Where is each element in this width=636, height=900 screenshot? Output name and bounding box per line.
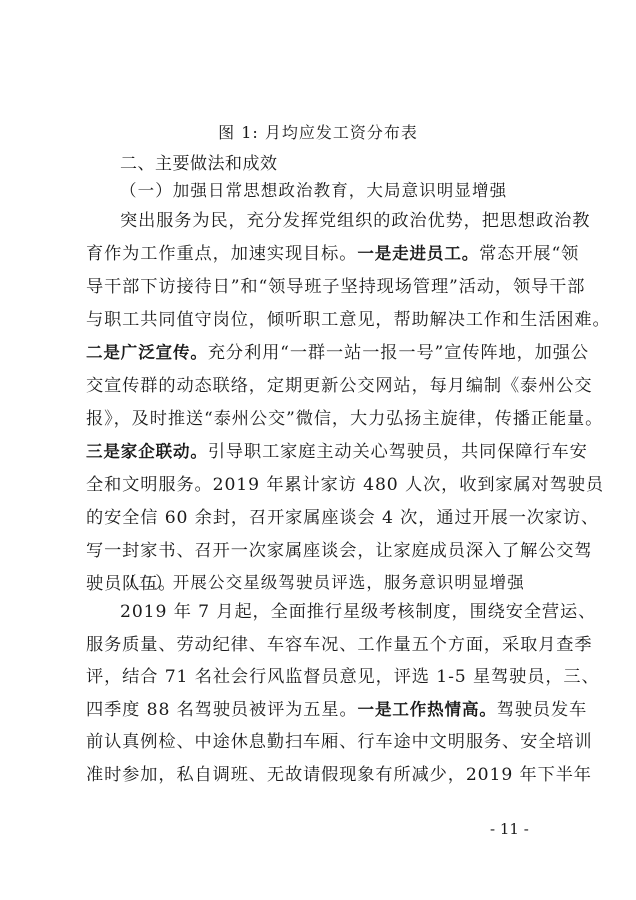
paragraph-line: 评，结合 71 名社会行风监督员意见，评选 1-5 星驾驶员，三、 (86, 666, 552, 688)
paragraph-line: 的安全信 60 余封，召开家属座谈会 4 次，通过开展一次家访、 (86, 507, 552, 529)
paragraph-line: 2019 年 7 月起，全面推行星级考核制度，围绕安全营运、 (86, 601, 552, 623)
bold-lead-phrase: 二是广泛宣传。 (86, 343, 208, 362)
figure-caption: 图 1: 月均应发工资分布表 (0, 120, 636, 143)
page-number: - 11 - (490, 820, 529, 838)
paragraph-line: 服务质量、劳动纪律、车容车况、工作量五个方面，采取月查季 (86, 634, 552, 656)
paragraph-line: 导干部下访接待日”和“领导班子坚持现场管理”活动，领导干部 (86, 276, 552, 298)
paragraph-line: 报》，及时推送“泰州公交”微信，大力弘扬主旋律，传播正能量。 (86, 408, 552, 430)
subsection-2-title: （二）开展公交星级驾驶员评选，服务意识明显增强 (120, 569, 525, 593)
paragraph-line: 前认真例检、中途休息勤扫车厢、行车途中文明服务、安全培训 (86, 731, 552, 753)
paragraph-line: 全和文明服务。2019 年累计家访 480 人次，收到家属对驾驶员 (86, 474, 552, 496)
paragraph-line: 四季度 88 名驾驶员被评为五星。一是工作热情高。驾驶员发车 (86, 699, 552, 721)
bold-lead-phrase: 三是家企联动。 (86, 442, 208, 461)
paragraph-line: 育作为工作重点，加速实现目标。一是走进员工。常态开展“领 (86, 243, 552, 265)
subsection-1-title: （一）加强日常思想政治教育，大局意识明显增强 (120, 177, 507, 201)
bold-lead-phrase: 一是走进员工。 (357, 244, 479, 263)
section-heading: 二、主要做法和成效 (120, 149, 278, 174)
paragraph-line: 三是家企联动。引导职工家庭主动关心驾驶员，共同保障行车安 (86, 441, 552, 463)
paragraph-line: 交宣传群的动态联络，定期更新公交网站，每月编制《泰州公交 (86, 375, 552, 397)
paragraph-line: 二是广泛宣传。充分利用“一群一站一报一号”宣传阵地，加强公 (86, 342, 552, 364)
paragraph-line: 准时参加，私自调班、无故请假现象有所减少，2019 年下半年 (86, 764, 552, 786)
paragraph-line: 与职工共同值守岗位，倾听职工意见，帮助解决工作和生活困难。 (86, 309, 552, 331)
paragraph-line: 突出服务为民，充分发挥党组织的政治优势，把思想政治教 (86, 210, 552, 232)
paragraph-line: 写一封家书、召开一次家属座谈会，让家庭成员深入了解公交驾 (86, 540, 552, 562)
bold-lead-phrase: 一是工作热情高。 (358, 700, 497, 719)
